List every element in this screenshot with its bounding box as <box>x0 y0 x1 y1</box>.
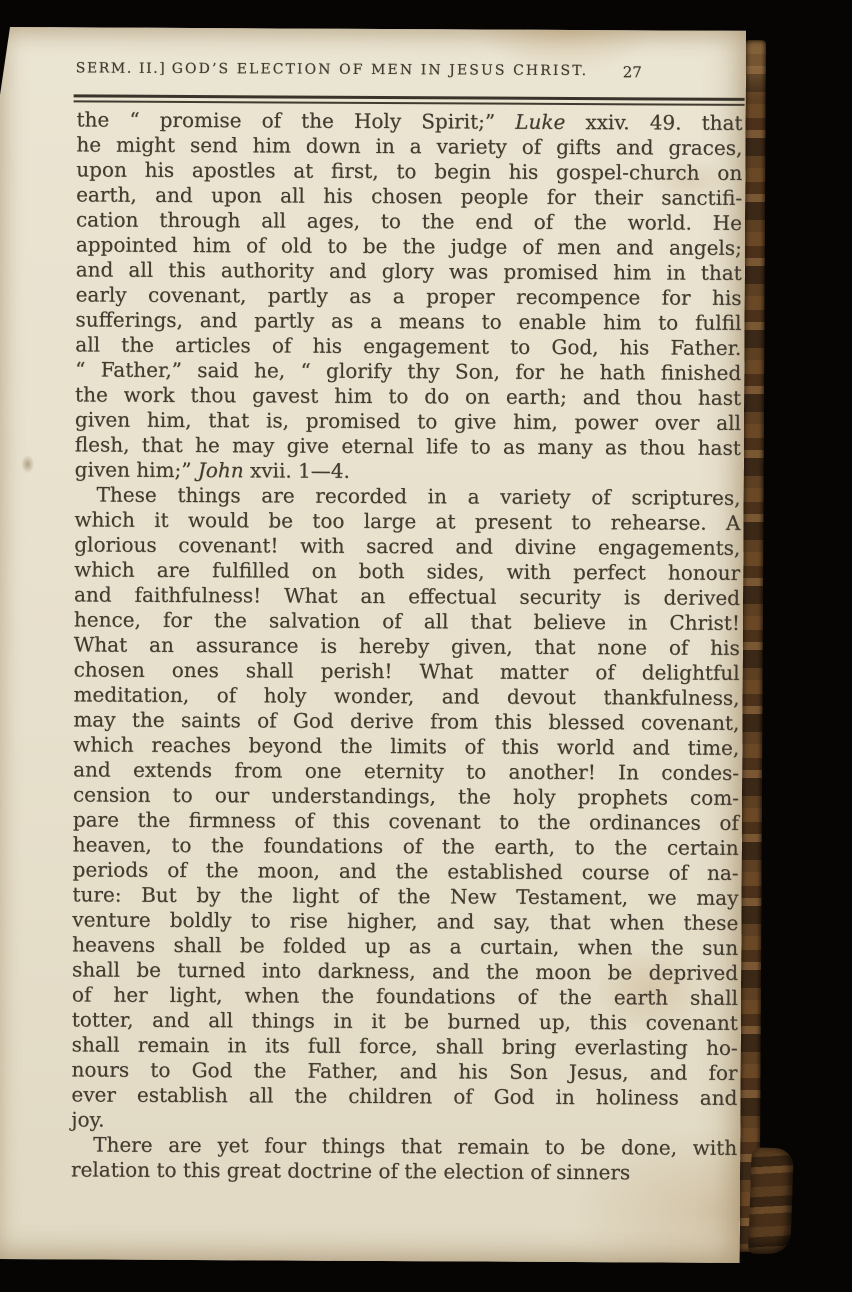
text-line: ever establish all the children of God i… <box>71 1082 737 1110</box>
text-line: venture boldly to rise higher, and say, … <box>72 907 738 935</box>
text-line: heavens shall be folded up as a curtain,… <box>72 932 738 960</box>
body-lines: the “ promise of the Holy Spirit;” Luke … <box>71 107 743 1185</box>
text-line: and all this authority and glory was pro… <box>76 257 742 285</box>
text-line: periods of the moon, and the established… <box>73 857 739 885</box>
text-line: hence, for the salvation of all that bel… <box>74 607 740 635</box>
text-line: cation through all ages, to the end of t… <box>76 207 742 235</box>
text-line: and faithfulness! What an effectual secu… <box>74 582 740 610</box>
text-line: early covenant, partly as a proper recom… <box>76 282 742 310</box>
page-corner-shadow <box>0 27 10 95</box>
text-line: glorious covenant! with sacred and divin… <box>74 532 740 560</box>
text-line: the “ promise of the Holy Spirit;” Luke … <box>76 107 742 135</box>
book-scan: SERM. II.] GOD’S ELECTION OF MEN IN JESU… <box>0 0 852 1292</box>
text-line: sufferings, and partly as a means to ena… <box>75 307 741 335</box>
sermon-label: SERM. II.] <box>76 60 167 76</box>
book-fore-edge-corner <box>748 1147 794 1254</box>
page-number: 27 <box>623 63 642 81</box>
text-line: given him;” John xvii. 1—4. <box>75 457 741 485</box>
text-line: chosen ones shall perish! What matter of… <box>74 657 740 685</box>
text-line: the work thou gavest him to do on earth;… <box>75 382 741 410</box>
text-line: earth, and upon all his chosen people fo… <box>76 182 742 210</box>
text-line: may the saints of God derive from this b… <box>73 707 739 735</box>
text-line: joy. <box>71 1107 737 1135</box>
text-line: What an assurance is hereby given, that … <box>74 632 740 660</box>
text-line: and extends from one eternity to another… <box>73 757 739 785</box>
text-line: flesh, that he may give eternal life to … <box>75 432 741 460</box>
text-line: given him, that is, promised to give him… <box>75 407 741 435</box>
text-line: heaven, to the foundations of the earth,… <box>73 832 739 860</box>
text-line: of her light, when the foundations of th… <box>72 982 738 1010</box>
text-line: relation to this great doctrine of the e… <box>71 1157 737 1185</box>
text-line: which it would be too large at present t… <box>74 507 740 535</box>
text-line: nours to God the Father, and his Son Jes… <box>71 1057 737 1085</box>
text-line: cension to our understandings, the holy … <box>73 782 739 810</box>
text-line: shall be turned into darkness, and the m… <box>72 957 738 985</box>
text-line: pare the firmness of this covenant to th… <box>73 807 739 835</box>
text-line: ture: But by the light of the New Testam… <box>72 882 738 910</box>
text-line: “ Father,” said he, “ glorify thy Son, f… <box>75 357 741 385</box>
running-title: GOD’S ELECTION OF MEN IN JESUS CHRIST. <box>172 61 588 79</box>
text-line: These things are recorded in a variety o… <box>74 482 740 510</box>
text-line: There are yet four things that remain to… <box>71 1132 737 1160</box>
text-line: upon his apostles at first, to begin his… <box>76 157 742 185</box>
book-page: SERM. II.] GOD’S ELECTION OF MEN IN JESU… <box>0 27 746 1263</box>
text-line: shall remain in its full force, shall br… <box>72 1032 738 1060</box>
header-double-rule <box>74 94 745 106</box>
text-line: which are fulfilled on both sides, with … <box>74 557 740 585</box>
text-line: totter, and all things in it be burned u… <box>72 1007 738 1035</box>
text-line: appointed him of old to be the judge of … <box>76 232 742 260</box>
text-line: meditation, of holy wonder, and devout t… <box>73 682 739 710</box>
text-line: he might send him down in a variety of g… <box>76 132 742 160</box>
page-header: SERM. II.] GOD’S ELECTION OF MEN IN JESU… <box>76 60 744 85</box>
text-line: all the articles of his engagement to Go… <box>75 332 741 360</box>
text-line: which reaches beyond the limits of this … <box>73 732 739 760</box>
